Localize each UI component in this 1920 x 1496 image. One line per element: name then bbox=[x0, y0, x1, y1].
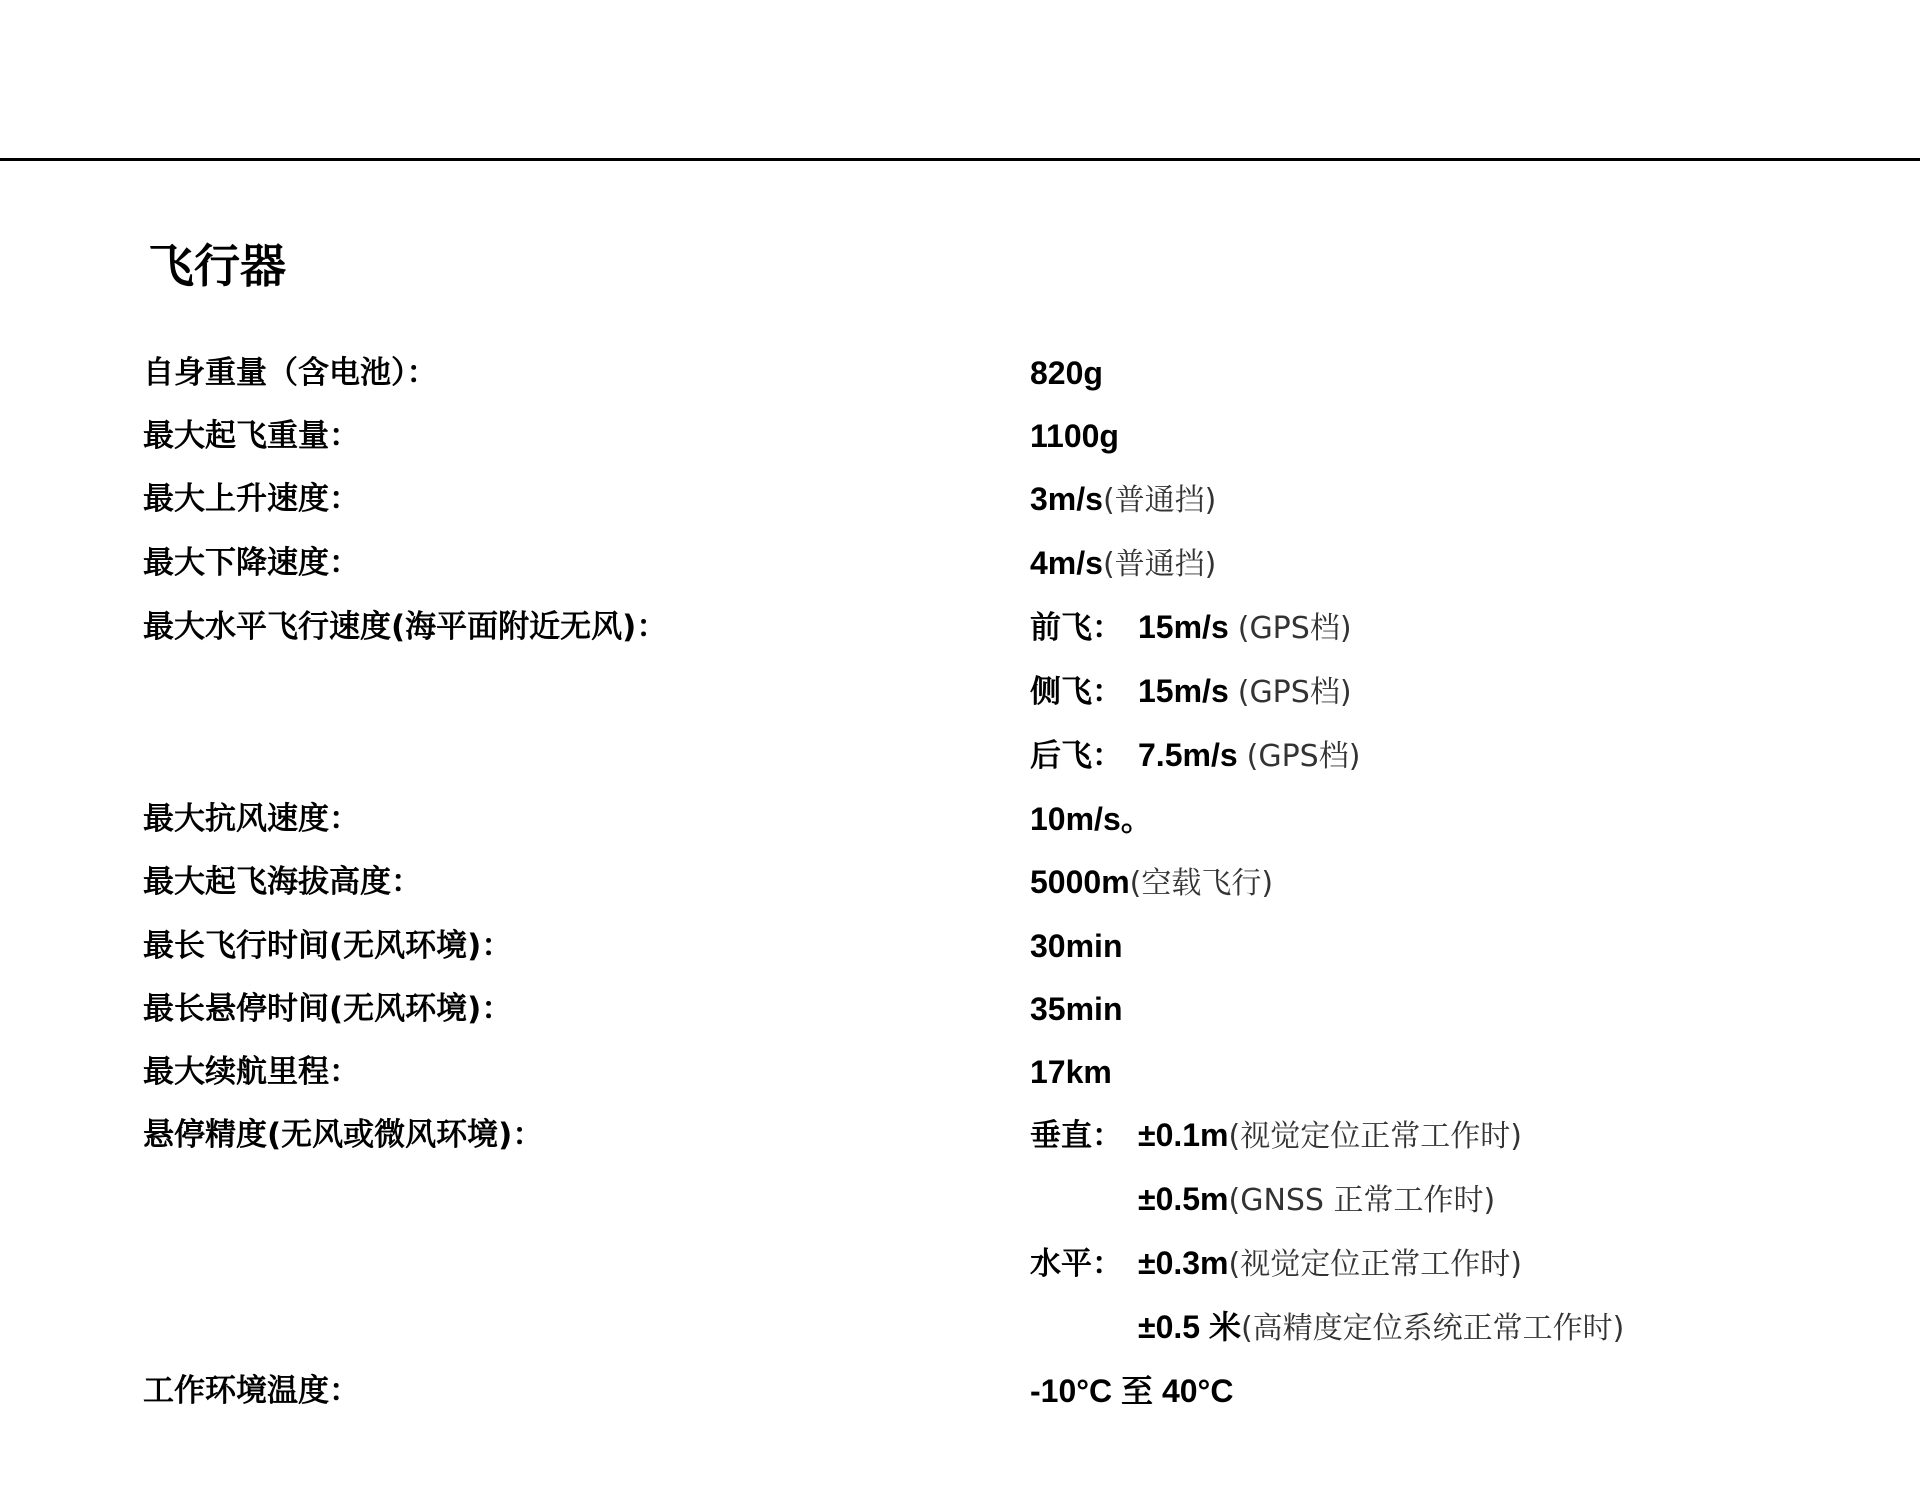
spec-value-line: 30min bbox=[1030, 915, 1122, 978]
spec-value-note: (GPS档) bbox=[1238, 661, 1352, 724]
header-divider bbox=[0, 158, 1920, 161]
spec-label: 最大起飞海拔高度： bbox=[0, 851, 1030, 915]
spec-label: 工作环境温度： bbox=[0, 1360, 1030, 1423]
spec-value-line: 3m/s(普通挡) bbox=[1030, 468, 1216, 532]
spec-values: 3m/s(普通挡) bbox=[1030, 468, 1216, 532]
spec-row: 最大下降速度：4m/s(普通挡) bbox=[0, 532, 1920, 596]
spec-value-line: 4m/s(普通挡) bbox=[1030, 532, 1216, 596]
spec-value-line: 水平：±0.3m(视觉定位正常工作时) bbox=[1030, 1232, 1624, 1296]
spec-value: 15m/s bbox=[1138, 596, 1229, 659]
spec-value-note: (普通挡) bbox=[1103, 469, 1216, 532]
spec-value-note: (视觉定位正常工作时) bbox=[1229, 1233, 1522, 1296]
spec-row: 最大续航里程：17km bbox=[0, 1041, 1920, 1104]
spec-value-line: 1100g bbox=[1030, 405, 1119, 468]
spec-label: 自身重量（含电池）： bbox=[0, 342, 1030, 405]
spec-value: 15m/s bbox=[1138, 660, 1229, 723]
spec-values: 17km bbox=[1030, 1041, 1112, 1104]
spec-values: 5000m(空载飞行) bbox=[1030, 851, 1273, 915]
spec-value-line: 前飞：15m/s(GPS档) bbox=[1030, 596, 1360, 660]
spec-value-prefix: 水平： bbox=[1030, 1233, 1138, 1296]
spec-label: 最长飞行时间(无风环境)： bbox=[0, 915, 1030, 978]
spec-value-prefix: 侧飞： bbox=[1030, 661, 1138, 724]
spec-value-note: (GPS档) bbox=[1247, 725, 1361, 788]
spec-row: 悬停精度(无风或微风环境)：垂直：±0.1m(视觉定位正常工作时)±0.5m(G… bbox=[0, 1104, 1920, 1360]
spec-row: 最大抗风速度：10m/s。 bbox=[0, 788, 1920, 851]
spec-value-line: 5000m(空载飞行) bbox=[1030, 851, 1273, 915]
spec-list: 自身重量（含电池）：820g最大起飞重量：1100g最大上升速度：3m/s(普通… bbox=[0, 342, 1920, 1423]
spec-row: 最大起飞海拔高度：5000m(空载飞行) bbox=[0, 851, 1920, 915]
spec-values: 前飞：15m/s(GPS档)侧飞：15m/s(GPS档)后飞：7.5m/s(GP… bbox=[1030, 596, 1360, 788]
spec-values: 820g bbox=[1030, 342, 1103, 405]
spec-value-line: 17km bbox=[1030, 1041, 1112, 1104]
spec-value-line: 侧飞：15m/s(GPS档) bbox=[1030, 660, 1360, 724]
spec-value-line: ±0.5m(GNSS 正常工作时) bbox=[1030, 1168, 1624, 1232]
spec-value-prefix: 前飞： bbox=[1030, 597, 1138, 660]
spec-row: 最长飞行时间(无风环境)：30min bbox=[0, 915, 1920, 978]
spec-values: -10°C 至 40°C bbox=[1030, 1360, 1233, 1423]
spec-value-note: (GPS档) bbox=[1238, 597, 1352, 660]
spec-values: 30min bbox=[1030, 915, 1122, 978]
spec-label: 最大上升速度： bbox=[0, 468, 1030, 532]
spec-row: 最长悬停时间(无风环境)：35min bbox=[0, 978, 1920, 1041]
spec-row: 最大起飞重量：1100g bbox=[0, 405, 1920, 468]
spec-value-line: 35min bbox=[1030, 978, 1122, 1041]
spec-values: 4m/s(普通挡) bbox=[1030, 532, 1216, 596]
spec-value: ±0.1m bbox=[1138, 1104, 1229, 1167]
spec-value: 1100g bbox=[1030, 405, 1119, 468]
spec-value-prefix: 后飞： bbox=[1030, 725, 1138, 788]
spec-value-note: (视觉定位正常工作时) bbox=[1229, 1105, 1522, 1168]
spec-value-note: (高精度定位系统正常工作时) bbox=[1241, 1297, 1624, 1360]
spec-label: 最大水平飞行速度(海平面附近无风)： bbox=[0, 596, 1030, 788]
spec-label: 最长悬停时间(无风环境)： bbox=[0, 978, 1030, 1041]
spec-value-line: 垂直：±0.1m(视觉定位正常工作时) bbox=[1030, 1104, 1624, 1168]
spec-label: 悬停精度(无风或微风环境)： bbox=[0, 1104, 1030, 1360]
spec-value-note: (普通挡) bbox=[1103, 533, 1216, 596]
spec-value: -10°C 至 40°C bbox=[1030, 1360, 1233, 1423]
spec-value: 17km bbox=[1030, 1041, 1112, 1104]
spec-value: 5000m bbox=[1030, 851, 1130, 914]
spec-value: 7.5m/s bbox=[1138, 724, 1238, 787]
spec-row: 最大水平飞行速度(海平面附近无风)：前飞：15m/s(GPS档)侧飞：15m/s… bbox=[0, 596, 1920, 788]
spec-value: 10m/s。 bbox=[1030, 788, 1153, 851]
spec-value: ±0.3m bbox=[1138, 1232, 1229, 1295]
spec-values: 垂直：±0.1m(视觉定位正常工作时)±0.5m(GNSS 正常工作时)水平：±… bbox=[1030, 1104, 1624, 1360]
spec-values: 1100g bbox=[1030, 405, 1119, 468]
spec-label: 最大续航里程： bbox=[0, 1041, 1030, 1104]
section-title: 飞行器 bbox=[148, 236, 286, 296]
spec-label: 最大起飞重量： bbox=[0, 405, 1030, 468]
spec-value-line: ±0.5 米(高精度定位系统正常工作时) bbox=[1030, 1296, 1624, 1360]
spec-value-note: (GNSS 正常工作时) bbox=[1229, 1169, 1496, 1232]
spec-value: ±0.5 米 bbox=[1138, 1296, 1241, 1359]
spec-value-line: 后飞：7.5m/s(GPS档) bbox=[1030, 724, 1360, 788]
spec-value: 820g bbox=[1030, 342, 1103, 405]
spec-value: 30min bbox=[1030, 915, 1122, 978]
spec-row: 最大上升速度：3m/s(普通挡) bbox=[0, 468, 1920, 532]
spec-value: 35min bbox=[1030, 978, 1122, 1041]
spec-values: 10m/s。 bbox=[1030, 788, 1153, 851]
spec-label: 最大抗风速度： bbox=[0, 788, 1030, 851]
spec-value: ±0.5m bbox=[1138, 1168, 1229, 1231]
spec-row: 工作环境温度：-10°C 至 40°C bbox=[0, 1360, 1920, 1423]
spec-value-line: -10°C 至 40°C bbox=[1030, 1360, 1233, 1423]
spec-value-line: 820g bbox=[1030, 342, 1103, 405]
spec-value-prefix: 垂直： bbox=[1030, 1105, 1138, 1168]
spec-row: 自身重量（含电池）：820g bbox=[0, 342, 1920, 405]
spec-value-note: (空载飞行) bbox=[1130, 852, 1273, 915]
spec-value-line: 10m/s。 bbox=[1030, 788, 1153, 851]
spec-label: 最大下降速度： bbox=[0, 532, 1030, 596]
spec-value: 4m/s bbox=[1030, 532, 1103, 595]
spec-values: 35min bbox=[1030, 978, 1122, 1041]
spec-value: 3m/s bbox=[1030, 468, 1103, 531]
